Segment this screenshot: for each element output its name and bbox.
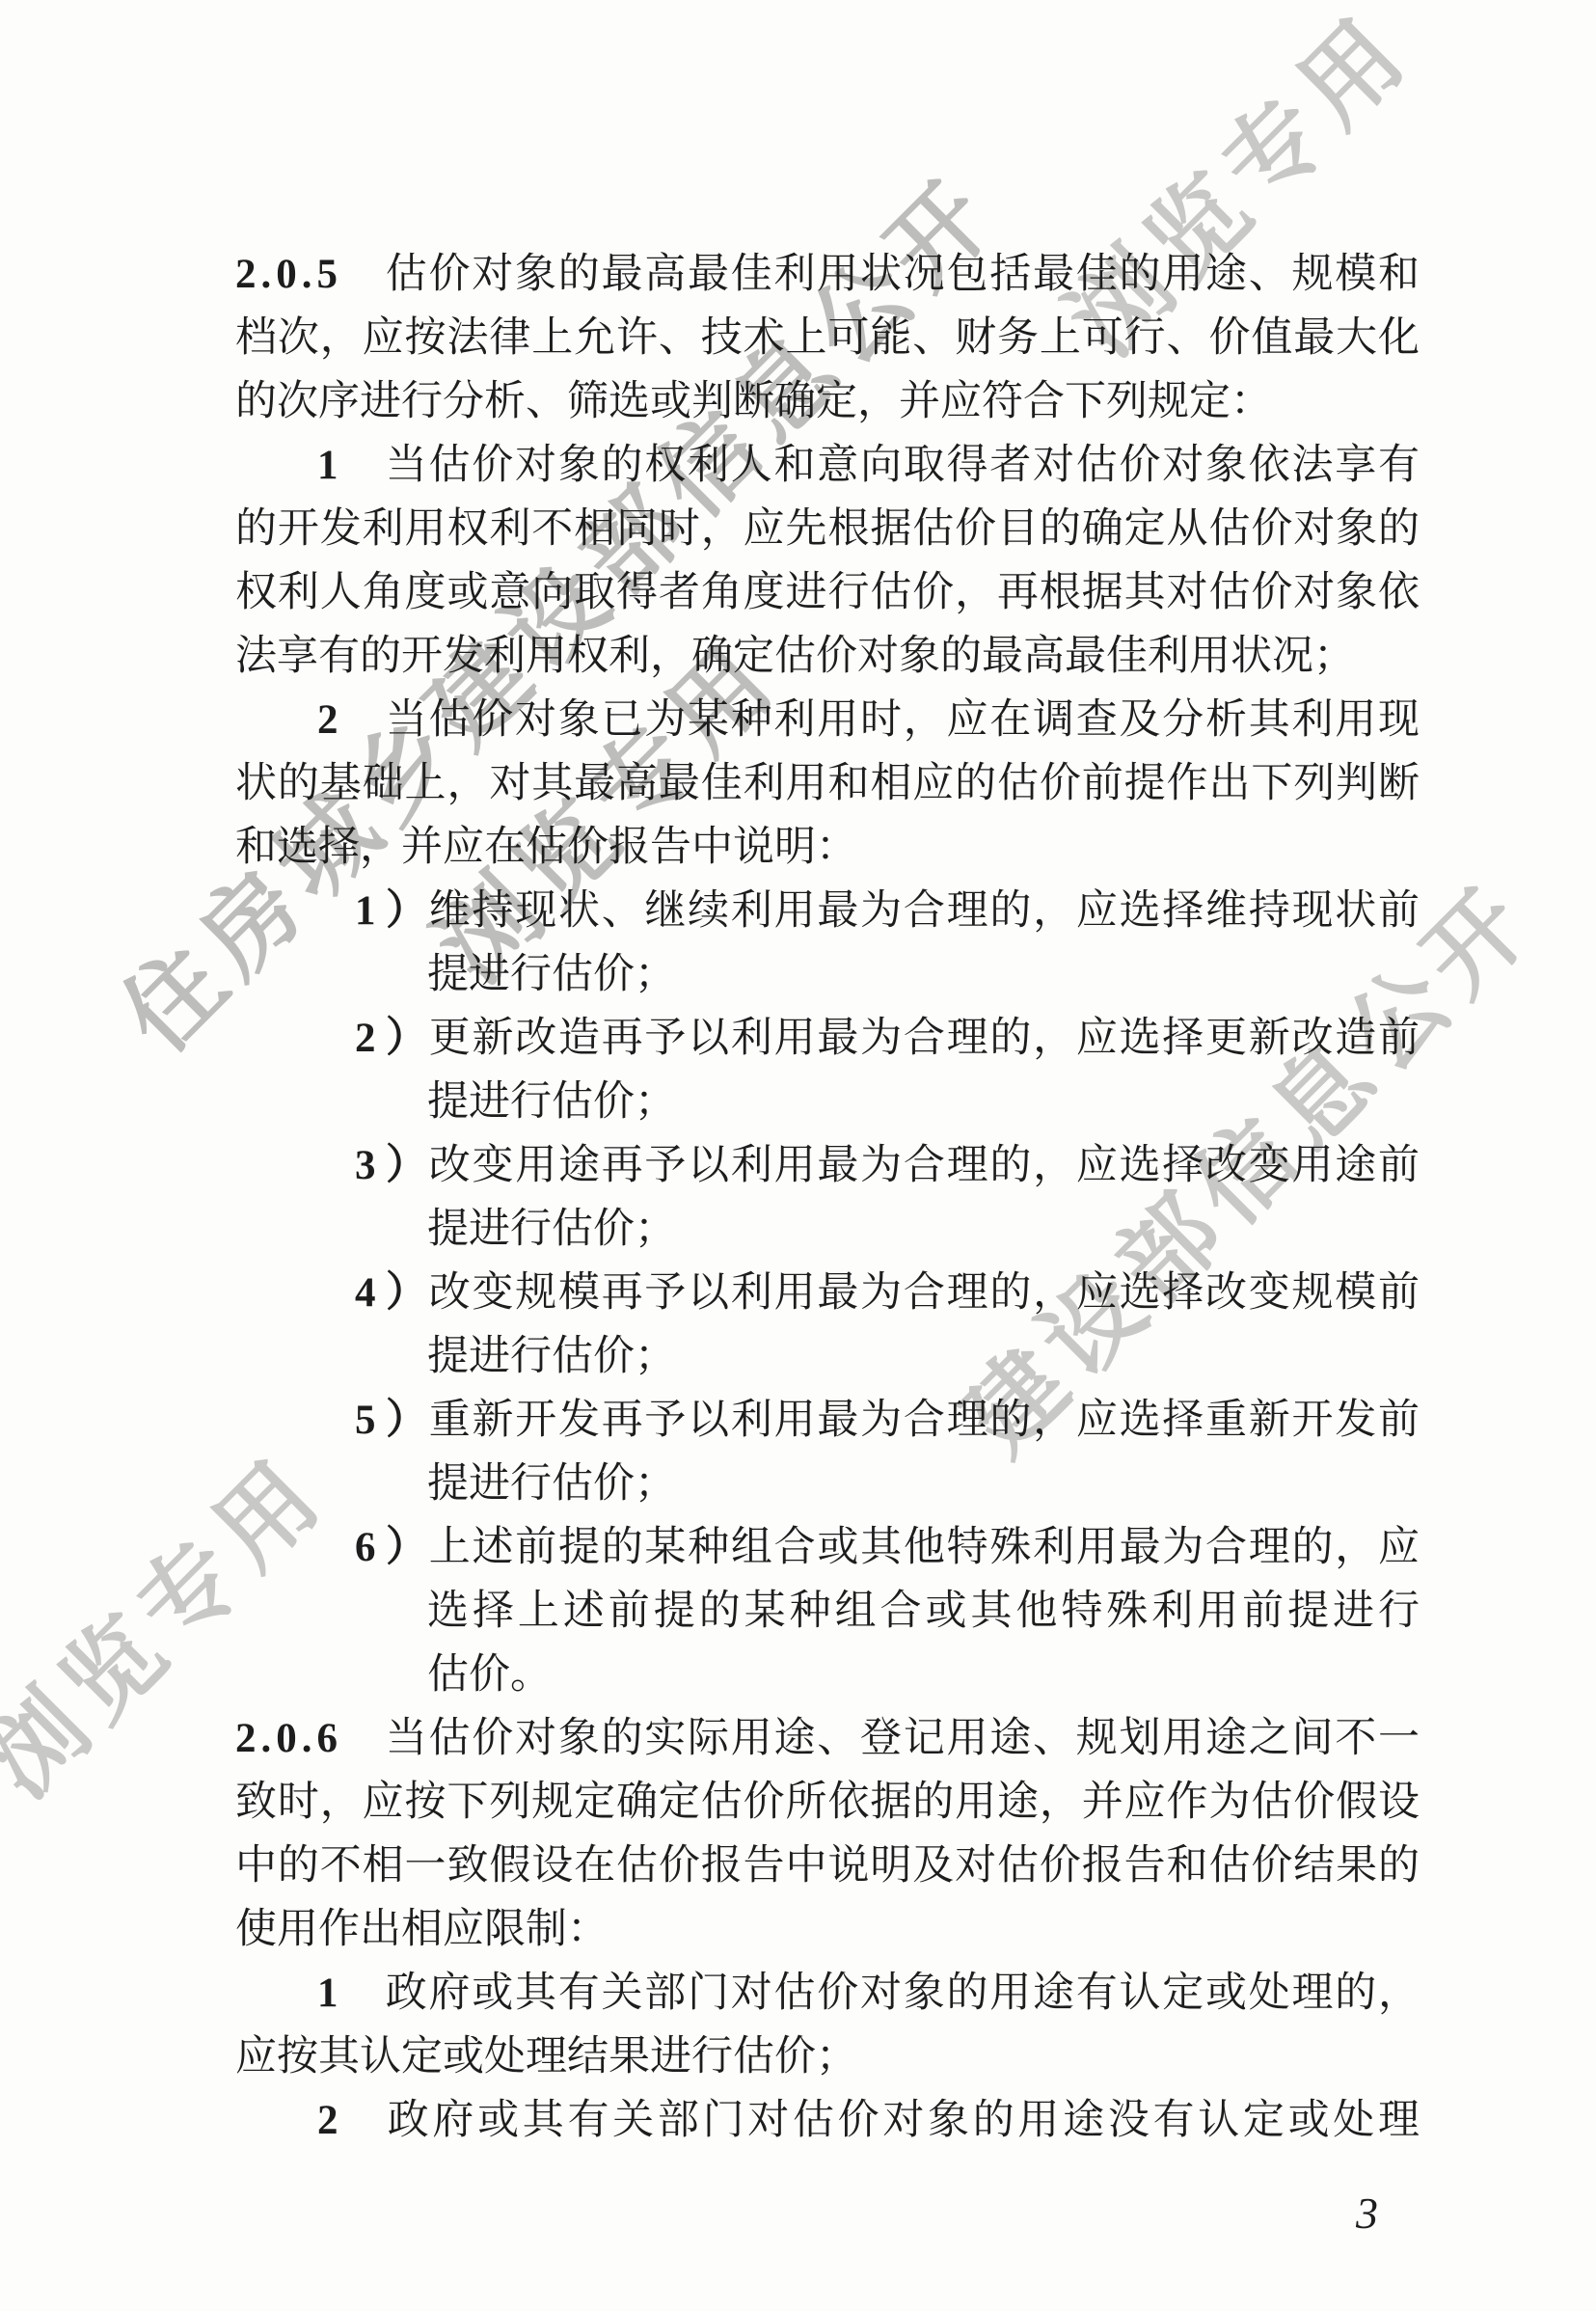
- subitem-line: 5）重新开发再予以利用最为合理的，应选择重新开发前: [355, 1389, 1420, 1453]
- section-line: 使用作出相应限制：: [235, 1898, 1420, 1962]
- subitem-text: 改变规模再予以利用最为合理的，应选择改变规模前: [427, 1270, 1420, 1316]
- item-line: 的开发利用权利不相同时，应先根据估价目的确定从估价对象的: [235, 498, 1420, 561]
- item-line: 2政府或其有关部门对估价对象的用途没有认定或处理的，: [317, 2089, 1420, 2153]
- subitem-line: 提进行估价；: [427, 1198, 1420, 1262]
- subitem-line: 提进行估价；: [427, 1453, 1420, 1516]
- subitem-line: 提进行估价；: [427, 1325, 1420, 1389]
- subitem-label: 6）: [355, 1516, 427, 1580]
- document-page: 住房城乡建设部信息公开 浏览专用 浏览专用 建设部信息公开 浏览专用 2.0.5…: [0, 0, 1596, 2311]
- subitem-text: 上述前提的某种组合或其他特殊利用最为合理的，应: [427, 1525, 1420, 1570]
- section-line: 致时，应按下列规定确定估价所依据的用途，并应作为估价假设: [235, 1771, 1420, 1835]
- item-line: 法享有的开发利用权利，确定估价对象的最高最佳利用状况；: [235, 625, 1420, 689]
- item-line: 和选择，并应在估价报告中说明：: [235, 816, 1420, 880]
- section-text: 估价对象的最高最佳利用状况包括最佳的用途、规模和: [384, 252, 1420, 297]
- section-line: 2.0.5估价对象的最高最佳利用状况包括最佳的用途、规模和: [235, 243, 1420, 307]
- subitem-text: 重新开发再予以利用最为合理的，应选择重新开发前: [427, 1398, 1420, 1443]
- subitem-line: 6）上述前提的某种组合或其他特殊利用最为合理的，应: [355, 1516, 1420, 1580]
- item-label: 2: [317, 2089, 384, 2153]
- subitem-line: 提进行估价；: [427, 1071, 1420, 1134]
- section-line: 的次序进行分析、筛选或判断确定，并应符合下列规定：: [235, 370, 1420, 434]
- subitem-line: 提进行估价；: [427, 943, 1420, 1007]
- section-line: 2.0.6当估价对象的实际用途、登记用途、规划用途之间不一: [235, 1707, 1420, 1771]
- subitem-label: 4）: [355, 1262, 427, 1325]
- section-text: 当估价对象的实际用途、登记用途、规划用途之间不一: [384, 1716, 1420, 1761]
- item-text: 政府或其有关部门对估价对象的用途有认定或处理的，: [384, 1971, 1420, 2016]
- section-line: 中的不相一致假设在估价报告中说明及对估价报告和估价结果的: [235, 1835, 1420, 1898]
- subitem-line: 4）改变规模再予以利用最为合理的，应选择改变规模前: [355, 1262, 1420, 1325]
- section-label: 2.0.5: [235, 243, 384, 307]
- item-text: 当估价对象已为某种利用时，应在调查及分析其利用现: [384, 697, 1420, 743]
- section-line: 档次，应按法律上允许、技术上可能、财务上可行、价值最大化: [235, 307, 1420, 370]
- subitem-line: 2）更新改造再予以利用最为合理的，应选择更新改造前: [355, 1007, 1420, 1071]
- subitem-label: 5）: [355, 1389, 427, 1453]
- item-line: 状的基础上，对其最高最佳利用和相应的估价前提作出下列判断: [235, 752, 1420, 816]
- subitem-label: 1）: [355, 880, 427, 943]
- section-label: 2.0.6: [235, 1707, 384, 1771]
- page-number: 3: [1356, 2188, 1378, 2239]
- subitem-text: 更新改造再予以利用最为合理的，应选择更新改造前: [427, 1016, 1420, 1061]
- subitem-text: 改变用途再予以利用最为合理的，应选择改变用途前: [427, 1143, 1420, 1188]
- item-label: 1: [317, 1962, 384, 2026]
- subitem-line: 估价。: [427, 1644, 1420, 1707]
- item-line: 2当估价对象已为某种利用时，应在调查及分析其利用现: [317, 689, 1420, 752]
- item-line: 1政府或其有关部门对估价对象的用途有认定或处理的，: [317, 1962, 1420, 2026]
- item-text: 政府或其有关部门对估价对象的用途没有认定或处理的，: [317, 2098, 1420, 2153]
- subitem-line: 选择上述前提的某种组合或其他特殊利用前提进行: [427, 1580, 1420, 1644]
- item-line: 权利人角度或意向取得者角度进行估价，再根据其对估价对象依: [235, 561, 1420, 625]
- subitem-line: 1）维持现状、继续利用最为合理的，应选择维持现状前: [355, 880, 1420, 943]
- item-line: 1当估价对象的权利人和意向取得者对估价对象依法享有: [317, 434, 1420, 498]
- item-line: 应按其认定或处理结果进行估价；: [235, 2026, 1420, 2089]
- document-body: 2.0.5估价对象的最高最佳利用状况包括最佳的用途、规模和档次，应按法律上允许、…: [235, 243, 1420, 2153]
- subitem-line: 3）改变用途再予以利用最为合理的，应选择改变用途前: [355, 1134, 1420, 1198]
- subitem-label: 3）: [355, 1134, 427, 1198]
- subitem-label: 2）: [355, 1007, 427, 1071]
- item-label: 1: [317, 434, 384, 498]
- item-text: 当估价对象的权利人和意向取得者对估价对象依法享有: [384, 443, 1420, 488]
- subitem-text: 维持现状、继续利用最为合理的，应选择维持现状前: [427, 888, 1420, 934]
- item-label: 2: [317, 689, 384, 752]
